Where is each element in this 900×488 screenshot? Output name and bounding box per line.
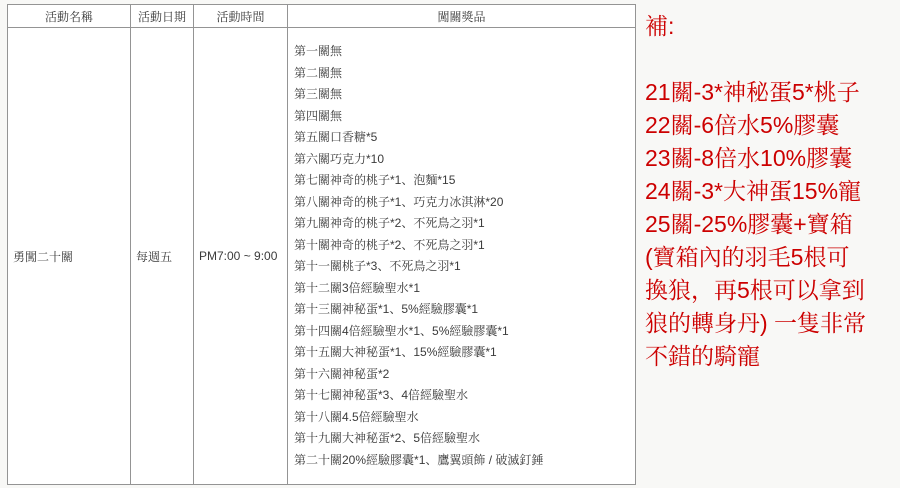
note-line: 23關-8倍水10%膠囊 [645, 142, 897, 175]
cell-activity-name: 勇闖二十關 [8, 28, 131, 485]
prize-line: 第五關口香糖*5 [294, 127, 631, 149]
table-header-row: 活動名稱 活動日期 活動時間 闖關獎品 [8, 5, 636, 28]
header-activity-date: 活動日期 [131, 5, 194, 28]
prize-line: 第十一關桃子*3、不死鳥之羽*1 [294, 256, 631, 278]
note-line: 25關-25%膠囊+寶箱 [645, 208, 897, 241]
prize-line: 第十三關神秘蛋*1、5%經驗膠囊*1 [294, 299, 631, 321]
prize-line: 第十九關大神秘蛋*2、5倍經驗聖水 [294, 428, 631, 450]
prize-line: 第八關神奇的桃子*1、巧克力冰淇淋*20 [294, 192, 631, 214]
prize-line: 第二關無 [294, 63, 631, 85]
table-row: 勇闖二十關 每週五 PM7:00 ~ 9:00 第一關無第二關無第三關無第四關無… [8, 28, 636, 485]
prize-line: 第十二關3倍經驗聖水*1 [294, 278, 631, 300]
header-activity-time: 活動時間 [194, 5, 288, 28]
note-line: 22關-6倍水5%膠囊 [645, 109, 897, 142]
prize-line: 第二十關20%經驗膠囊*1、鷹翼頭飾 / 破滅釘錘 [294, 450, 631, 472]
note-line: 不錯的騎寵 [645, 340, 897, 373]
event-table: 活動名稱 活動日期 活動時間 闖關獎品 勇闖二十關 每週五 PM7:00 ~ 9… [7, 4, 636, 485]
note-line: 狼的轉身丹) 一隻非常 [645, 307, 897, 340]
cell-prizes: 第一關無第二關無第三關無第四關無第五關口香糖*5第六關巧克力*10第七關神奇的桃… [288, 28, 636, 485]
note-line: 換狼，再5根可以拿到 [645, 274, 897, 307]
note-line: 24關-3*大神蛋15%寵 [645, 175, 897, 208]
prize-line: 第十七關神秘蛋*3、4倍經驗聖水 [294, 385, 631, 407]
note-line: 補: [645, 10, 897, 43]
note-block: 補:21關-3*神秘蛋5*桃子22關-6倍水5%膠囊23關-8倍水10%膠囊24… [645, 10, 897, 373]
prize-line: 第十八關4.5倍經驗聖水 [294, 407, 631, 429]
note-lines: 補:21關-3*神秘蛋5*桃子22關-6倍水5%膠囊23關-8倍水10%膠囊24… [645, 10, 897, 373]
prize-list: 第一關無第二關無第三關無第四關無第五關口香糖*5第六關巧克力*10第七關神奇的桃… [294, 41, 631, 471]
prize-line: 第四關無 [294, 106, 631, 128]
cell-activity-date: 每週五 [131, 28, 194, 485]
prize-line: 第六關巧克力*10 [294, 149, 631, 171]
cell-activity-time: PM7:00 ~ 9:00 [194, 28, 288, 485]
prize-line: 第七關神奇的桃子*1、泡麵*15 [294, 170, 631, 192]
header-prizes: 闖關獎品 [288, 5, 636, 28]
prize-line: 第十四關4倍經驗聖水*1、5%經驗膠囊*1 [294, 321, 631, 343]
prize-line: 第十六關神秘蛋*2 [294, 364, 631, 386]
page: 活動名稱 活動日期 活動時間 闖關獎品 勇闖二十關 每週五 PM7:00 ~ 9… [0, 0, 900, 488]
header-activity-name: 活動名稱 [8, 5, 131, 28]
note-line: (寶箱內的羽毛5根可 [645, 241, 897, 274]
prize-line: 第三關無 [294, 84, 631, 106]
prize-line: 第十五關大神秘蛋*1、15%經驗膠囊*1 [294, 342, 631, 364]
prize-line: 第九關神奇的桃子*2、不死鳥之羽*1 [294, 213, 631, 235]
note-line: 21關-3*神秘蛋5*桃子 [645, 76, 897, 109]
prize-line: 第一關無 [294, 41, 631, 63]
note-line [645, 43, 897, 76]
prize-line: 第十關神奇的桃子*2、不死鳥之羽*1 [294, 235, 631, 257]
